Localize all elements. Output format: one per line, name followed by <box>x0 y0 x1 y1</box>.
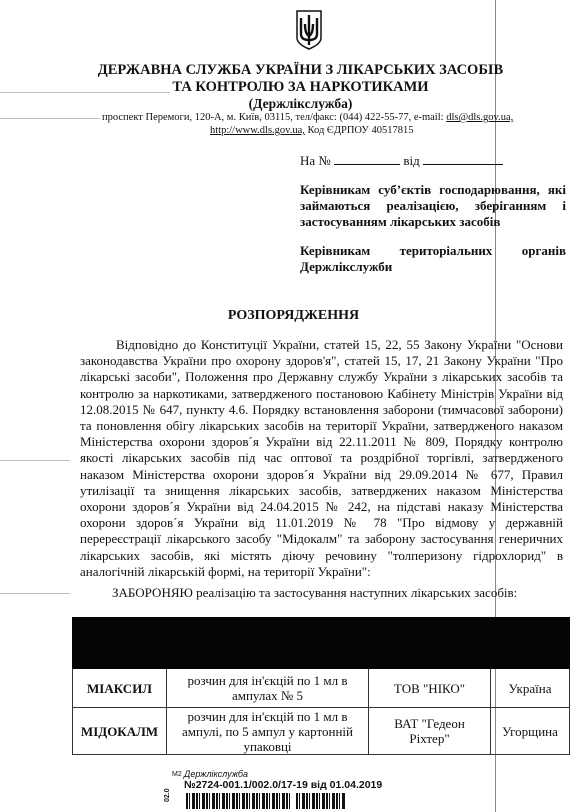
scan-artifact-line <box>0 460 70 461</box>
body-paragraph: Відповідно до Конституції України, стате… <box>80 337 563 580</box>
stamp-side-code: 02.0 <box>164 788 171 802</box>
reference-date-blank <box>423 153 503 165</box>
addressee-business-entities: Керівникам суб’єктів господарювання, які… <box>300 182 566 230</box>
scan-artifact-line <box>0 118 100 119</box>
medicine-manufacturer: ТОВ "НІКО" <box>369 669 491 708</box>
banned-medicines-table: МІАКСИЛ розчин для ін'єкцій по 1 мл в ам… <box>72 617 570 755</box>
email-link[interactable]: dls@dls.gov.ua, <box>446 112 513 123</box>
registration-number: №2724-001.1/002.0/17-19 від 01.04.2019 <box>184 779 382 791</box>
medicine-country: Угорщина <box>491 708 570 755</box>
scan-artifact-line <box>0 593 70 594</box>
medicine-form: розчин для ін'єкцій по 1 мл в ампулах № … <box>167 669 369 708</box>
reference-number-blank <box>334 153 400 165</box>
medicine-manufacturer: ВАТ "Гедеон Ріхтер" <box>369 708 491 755</box>
edrpou-code: Код ЄДРПОУ 40517815 <box>305 125 414 136</box>
medicine-name: МІДОКАЛМ <box>73 708 167 755</box>
medicine-form: розчин для ін'єкцій по 1 мл в ампулі, по… <box>167 708 369 755</box>
table-header-redacted <box>73 618 570 669</box>
ban-statement: ЗАБОРОНЯЮ реалізацію та застосування нас… <box>112 585 517 601</box>
barcode-icon <box>186 793 346 809</box>
organization-short-name: (Держлікслужба) <box>12 96 577 112</box>
stamp-organization: Держлікслужба <box>184 769 248 779</box>
stamp-small-label: М2 <box>172 771 182 778</box>
table-row: МІАКСИЛ розчин для ін'єкцій по 1 мл в ам… <box>73 669 570 708</box>
medicine-country: Україна <box>491 669 570 708</box>
organization-address: проспект Перемоги, 120-А, м. Київ, 03115… <box>102 112 513 123</box>
reference-number-label: На № <box>300 153 331 168</box>
address-text: проспект Перемоги, 120-А, м. Київ, 03115… <box>102 112 446 123</box>
organization-name-line-1: ДЕРЖАВНА СЛУЖБА УКРАЇНИ З ЛІКАРСЬКИХ ЗАС… <box>12 62 577 79</box>
reference-date-label: від <box>403 153 419 168</box>
organization-web-and-code: http://www.dls.gov.ua, Код ЄДРПОУ 405178… <box>210 125 413 136</box>
ukraine-trident-coat-of-arms-icon <box>296 10 322 50</box>
document-body: Відповідно до Конституції України, стате… <box>80 337 563 580</box>
organization-name-line-2: ТА КОНТРОЛЮ ЗА НАРКОТИКАМИ <box>12 79 577 96</box>
website-link[interactable]: http://www.dls.gov.ua, <box>210 125 305 136</box>
addressee-territorial-bodies: Керівникам територіальних органів Держлі… <box>300 243 566 275</box>
document-title: РОЗПОРЯДЖЕННЯ <box>0 308 577 324</box>
outgoing-reference: На № від <box>300 153 503 169</box>
table-row: МІДОКАЛМ розчин для ін'єкцій по 1 мл в а… <box>73 708 570 755</box>
medicine-name: МІАКСИЛ <box>73 669 167 708</box>
